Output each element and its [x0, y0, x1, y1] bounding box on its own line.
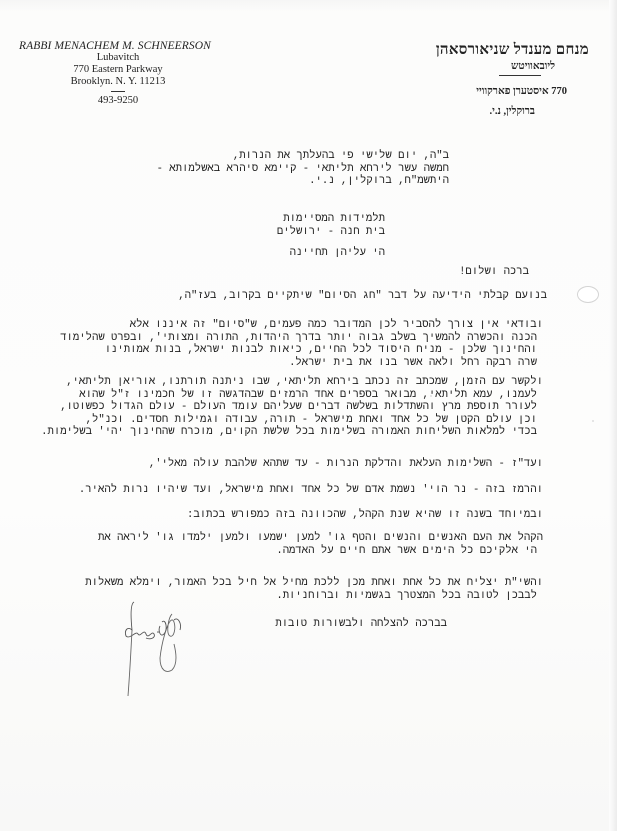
paragraph-line: הי אלקיכם כל הימים אשר אתם חיים על האדמה… — [98, 545, 537, 558]
paragraph-line: הכנה והכשרה להמשיך בשלב גבוה יותר בדרך ה… — [60, 332, 537, 345]
paragraph-line: לעורר תוספת מרץ והשתדלות בשלשה דברים שעל… — [41, 401, 537, 414]
letterhead-org-he: ליובאוויטש — [399, 61, 555, 72]
letterhead-street-en: 770 Eastern Parkway — [22, 64, 214, 76]
body-paragraph: ולקשר עם הזמן, שמכתב זה נכתב בירחא תליתא… — [41, 376, 531, 439]
body-paragraph: בנועם קבלתי הידיעה על דבר "חג הסיום" שית… — [178, 290, 531, 303]
closing-line: בברכה להצלחה ולבשורות טובות — [275, 618, 447, 631]
paper-speck — [592, 420, 594, 422]
letterhead-street-he: 770 איסטערן פארקוויי — [399, 86, 567, 97]
date-line: היתשמ"ח, ברוקלין, נ.י. — [157, 175, 449, 188]
paragraph-line: ועד"ז - השלימות העלאת והדלקת הנרות - עד … — [149, 458, 543, 471]
date-block: ב"ה, יום שלישי פי בהעלתך את הנרות, חמשה … — [157, 150, 449, 188]
letterhead-phone: 493-9250 — [22, 95, 214, 107]
paragraph-line: ולקשר עם הזמן, שמכתב זה נכתב בירחא תליתא… — [41, 376, 543, 389]
paragraph-line: הקהל את העם האנשים והנשים והטף גו' למען … — [98, 532, 543, 545]
body-paragraph: והרמז בזה - נר הוי' נשמת אדם של כל אחד ו… — [79, 484, 531, 497]
paragraph-line: שרה רבקה רחל ולאה אשר בנו את בית ישראל. — [60, 357, 537, 370]
letterhead-name-en: RABBI MENACHEM M. SCHNEERSON — [16, 40, 214, 52]
letterhead-divider — [111, 91, 125, 92]
letter-page: RABBI MENACHEM M. SCHNEERSON Lubavitch 7… — [0, 0, 617, 831]
body-paragraph: ועד"ז - השלימות העלאת והדלקת הנרות - עד … — [149, 458, 531, 471]
page-edge-shadow — [609, 0, 617, 831]
letterhead-city-he: ברוקלין, נ.י. — [399, 106, 535, 117]
paragraph-line: והרמז בזה - נר הוי' נשמת אדם של כל אחד ו… — [79, 484, 543, 497]
recipient-block: תלמידות המסיימות בית חנה - ירושלים — [277, 213, 385, 238]
date-line: ב"ה, יום שלישי פי בהעלתך את הנרות, — [157, 150, 449, 163]
signature-icon — [116, 600, 196, 700]
paragraph-line: לעמנו, עמא תליתאי, מבואר בספרים אחד הרמז… — [41, 389, 537, 402]
salutation: הי עליהן תחיינה — [290, 247, 385, 260]
body-paragraph: והשי"ת יצליח את כל אחת ואחת מכן ללכת מחי… — [85, 577, 531, 602]
letterhead-org-en: Lubavitch — [22, 52, 214, 64]
paragraph-line: וכן עולם הקטן של כל אחד ואחת מישראל - תו… — [41, 414, 537, 427]
recipient-line: תלמידות המסיימות — [277, 213, 385, 226]
paragraph-line: ובמיוחד בשנה זו שהיא שנת הקהל, שהכוונה ב… — [187, 509, 543, 522]
greeting: ברכה ושלום! — [459, 266, 529, 279]
paragraph-line: בכדי למלאות השליחות האמורה בשלימות בכל ש… — [41, 426, 537, 439]
body-paragraph: הקהל את העם האנשים והנשים והטף גו' למען … — [98, 532, 531, 557]
letterhead-city-en: Brooklyn. N. Y. 11213 — [22, 76, 214, 88]
body-paragraph: ובודאי אין צורך להסביר לכן המדובר כמה פע… — [60, 319, 531, 369]
punch-hole-icon — [577, 286, 599, 303]
letterhead-divider-he — [499, 75, 541, 76]
recipient-line: בית חנה - ירושלים — [277, 226, 385, 239]
paragraph-line: והחינוך שלכן - מניח היסוד לכל החיים, כיא… — [60, 344, 537, 357]
paragraph-line: בנועם קבלתי הידיעה על דבר "חג הסיום" שית… — [178, 290, 547, 303]
paragraph-line: והשי"ת יצליח את כל אחת ואחת מכן ללכת מחי… — [85, 577, 543, 590]
letterhead-name-he: מנחם מענדל שניאורסאהן — [399, 42, 589, 59]
letterhead-english: RABBI MENACHEM M. SCHNEERSON Lubavitch 7… — [22, 40, 214, 107]
date-line: חמשה עשר לירחא תליתאי - קיימא סיהרא באשל… — [157, 163, 449, 176]
body-paragraph: ובמיוחד בשנה זו שהיא שנת הקהל, שהכוונה ב… — [187, 509, 531, 522]
paragraph-line: ובודאי אין צורך להסביר לכן המדובר כמה פע… — [60, 319, 543, 332]
letterhead-hebrew: מנחם מענדל שניאורסאהן ליובאוויטש 770 איס… — [399, 42, 589, 117]
